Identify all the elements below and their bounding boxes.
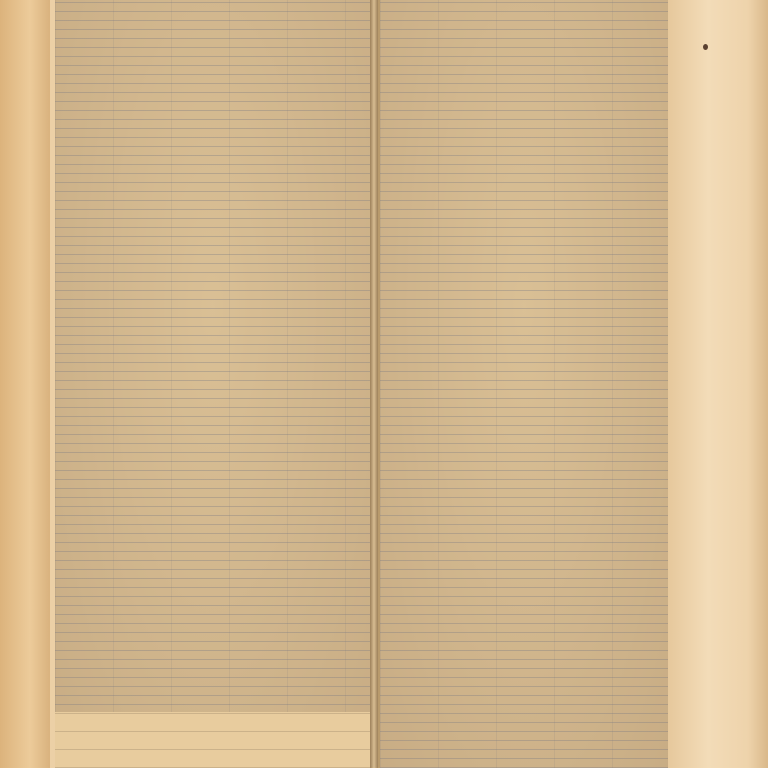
left-page-footer-ruled-area [55,712,370,768]
left-ledger-page [55,0,372,768]
right-ledger-page [378,0,668,768]
book-left-edge [0,0,50,768]
ledger-scene: open ledger book with illegible handwrit… [0,0,768,768]
dark-spot-blemish [703,44,708,50]
book-gutter [370,0,378,768]
right-background-board [668,0,768,768]
